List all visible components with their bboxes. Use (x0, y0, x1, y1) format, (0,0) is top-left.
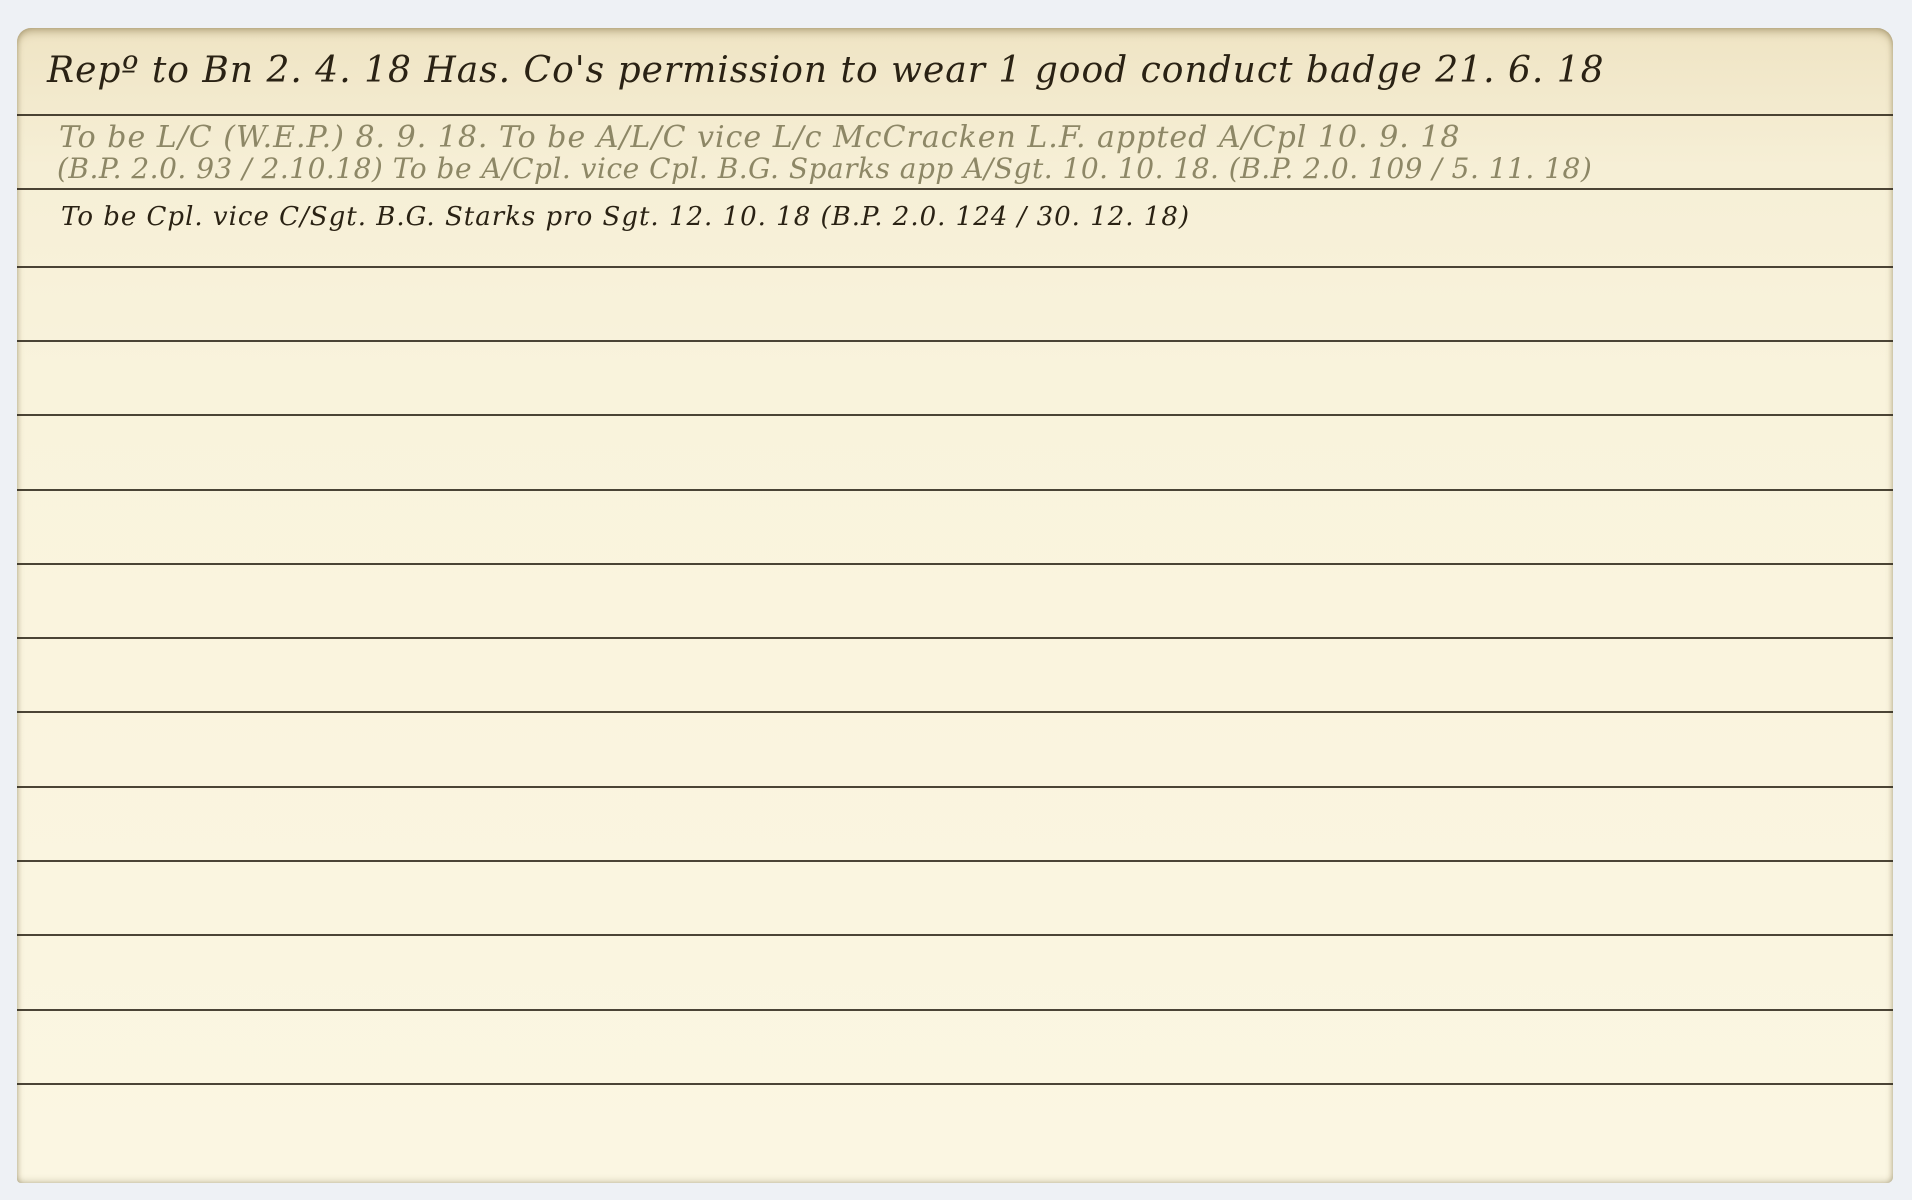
entry-line-1: Repº to Bn 2. 4. 18 Has. Co's permission… (47, 50, 1605, 91)
ruled-line (17, 563, 1893, 565)
ruled-line (17, 489, 1893, 491)
entry-line-4: To be Cpl. vice C/Sgt. B.G. Starks pro S… (61, 202, 1190, 232)
entry-line-2: To be L/C (W.E.P.) 8. 9. 18. To be A/L/C… (59, 120, 1461, 155)
ruled-line (17, 934, 1893, 936)
index-card: Repº to Bn 2. 4. 18 Has. Co's permission… (17, 28, 1893, 1183)
ruled-line (17, 711, 1893, 713)
ruled-line (17, 114, 1893, 116)
ruled-line (17, 1083, 1893, 1085)
ruled-line (17, 188, 1893, 190)
ruled-line (17, 1009, 1893, 1011)
ruled-line (17, 266, 1893, 268)
ruled-line (17, 786, 1893, 788)
ruled-line (17, 414, 1893, 416)
entry-line-3: (B.P. 2.0. 93 / 2.10.18) To be A/Cpl. vi… (57, 152, 1592, 185)
ruled-line (17, 860, 1893, 862)
ruled-line (17, 340, 1893, 342)
ruled-line (17, 637, 1893, 639)
